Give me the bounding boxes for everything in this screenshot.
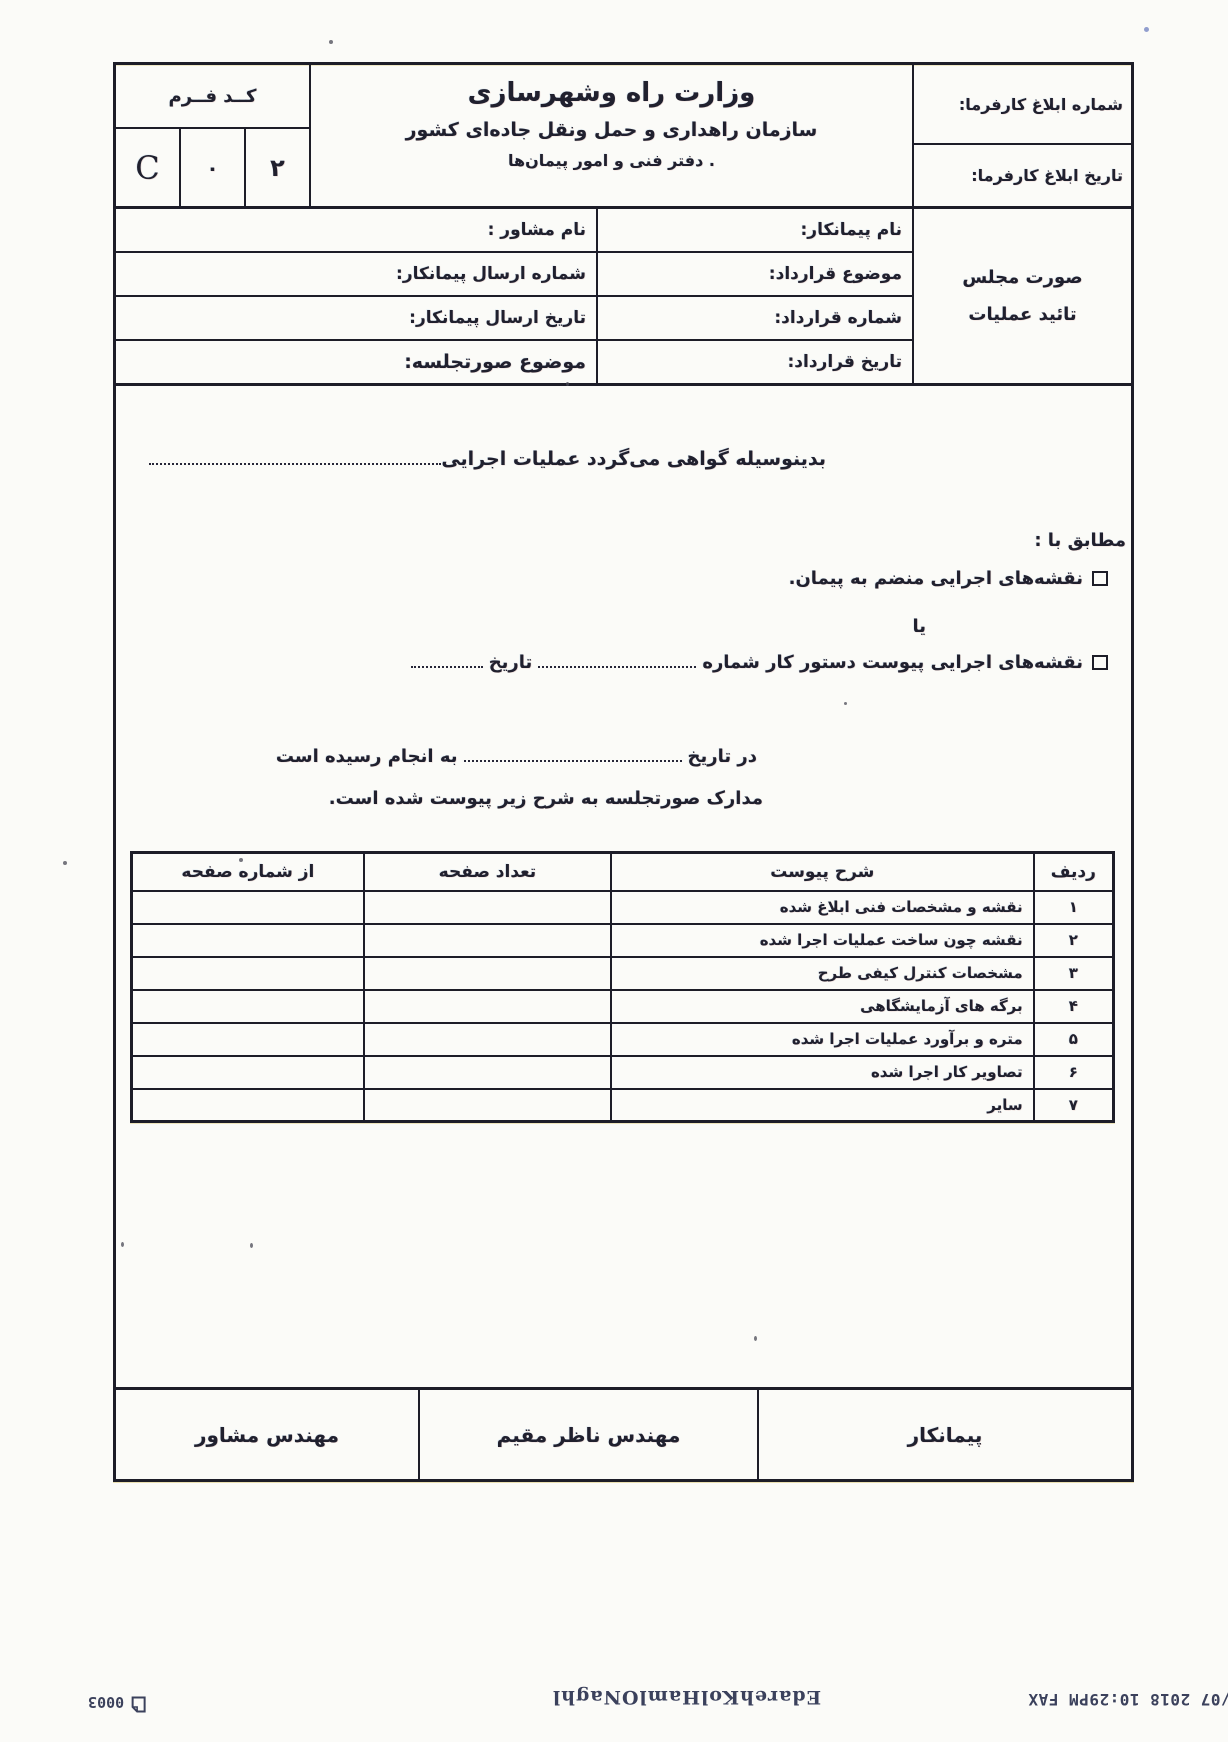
signature-section: پیمانکار مهندس ناظر مقیم مهندس مشاور: [116, 1387, 1131, 1479]
option1-line: نقشه‌های اجرایی منضم به پیمان.: [789, 568, 1108, 589]
table-row: ۷ سایر: [132, 1089, 1114, 1122]
office-title: . دفتر فنی و امور پیمان‌ها: [311, 151, 912, 170]
option1-checkbox: [1092, 571, 1108, 586]
employer-notice-box: شماره ابلاغ کارفرما: تاریخ ابلاغ کارفرما…: [912, 65, 1131, 206]
contractor-dispatch-number-label: شماره ارسال پیمانکار:: [396, 264, 596, 284]
employer-notice-date-cell: تاریخ ابلاغ کارفرما:: [914, 145, 1131, 206]
completion-date-prefix: در تاریخ: [688, 746, 757, 767]
table-row: ۲ نقشه چون ساخت عملیات اجرا شده: [132, 924, 1114, 957]
table-row: ۴ برگه های آزمایشگاهی: [132, 990, 1114, 1023]
form-code-box: کــد فــرم C ۰ ۲: [116, 65, 311, 206]
contractor-name-label: نام پیمانکار:: [801, 220, 913, 240]
option2-checkbox: [1092, 655, 1108, 670]
minutes-subject-field: موضوع صورتجلسه:: [116, 341, 596, 383]
contract-row-1: نام پیمانکار: نام مشاور :: [116, 209, 912, 253]
form-header: شماره ابلاغ کارفرما: تاریخ ابلاغ کارفرما…: [116, 65, 1131, 209]
scanned-fax-page: { "colors": { "ink": "#20202e", "border"…: [0, 0, 1228, 1742]
organization-title: سازمان راهداری و حمل ونقل جاده‌ای کشور: [311, 119, 912, 141]
option2-date-label: تاریخ: [489, 652, 533, 673]
certify-dotted-blank: [149, 463, 441, 465]
attachments-header-row: ردیف شرح پیوست تعداد صفحه از شماره صفحه: [132, 853, 1114, 891]
employer-notice-date-label: تاریخ ابلاغ کارفرما:: [971, 166, 1131, 185]
contract-number-label: شماره قرارداد:: [774, 308, 912, 328]
according-line: مطابق با :: [1034, 530, 1126, 551]
minutes-side-label-line1: صورت مجلس: [962, 267, 1082, 288]
form-border: شماره ابلاغ کارفرما: تاریخ ابلاغ کارفرما…: [113, 62, 1134, 1482]
attachments-intro-text: مدارک صورتجلسه به شرح زیر پیوست شده است.: [329, 788, 763, 809]
table-row: ۳ مشخصات کنترل کیفی طرح: [132, 957, 1114, 990]
scan-speck: [844, 702, 847, 705]
scan-speck: [1144, 27, 1149, 32]
contract-row-4: تاریخ قرارداد: موضوع صورتجلسه:: [116, 341, 912, 383]
employer-notice-number-cell: شماره ابلاغ کارفرما:: [914, 65, 1131, 145]
ministry-title: وزارت راه وشهرسازی: [311, 78, 912, 108]
scan-speck: [329, 40, 333, 44]
form-code-cell-3: ۲: [244, 129, 309, 206]
contract-date-label: تاریخ قرارداد:: [787, 352, 912, 372]
contract-fields: نام پیمانکار: نام مشاور : موضوع قرارداد:…: [116, 209, 912, 383]
attachments-table: ردیف شرح پیوست تعداد صفحه از شماره صفحه …: [130, 851, 1115, 1123]
contract-number-field: شماره قرارداد:: [596, 297, 912, 339]
contractor-name-field: نام پیمانکار:: [596, 209, 912, 251]
form-body: بدینوسیله گواهی می‌گردد عملیات اجرایی مط…: [116, 386, 1131, 1381]
completion-date-line: در تاریخ به انجام رسیده است: [276, 746, 757, 767]
scan-speck: [754, 1336, 757, 1341]
scan-speck: [121, 1242, 124, 1247]
contractor-dispatch-number-field: شماره ارسال پیمانکار:: [116, 253, 596, 295]
or-line: یا: [912, 616, 926, 637]
contract-subject-label: موضوع قرارداد:: [769, 264, 912, 284]
completion-date-suffix: به انجام رسیده است: [276, 746, 458, 767]
contractor-dispatch-date-field: تاریخ ارسال پیمانکار:: [116, 297, 596, 339]
table-row: ۵ متره و برآورد عملیات اجرا شده: [132, 1023, 1114, 1056]
employer-notice-number-label: شماره ابلاغ کارفرما:: [959, 95, 1131, 114]
scan-speck: [63, 861, 67, 865]
minutes-side-label-line2: تائید عملیات: [968, 304, 1076, 325]
contract-info-section: صورت مجلس تائید عملیات نام پیمانکار: نام…: [116, 209, 1131, 386]
completion-date-blank: [464, 760, 682, 762]
according-label: مطابق با :: [1034, 530, 1126, 551]
col-header-page-count: تعداد صفحه: [364, 853, 611, 891]
option2-label: نقشه‌های اجرایی پیوست دستور کار شماره: [702, 652, 1083, 673]
fax-timestamp: 0/07 2018 10:29PM FAX: [1028, 1690, 1228, 1709]
fax-page-counter: 0003: [88, 1692, 146, 1713]
option1-label: نقشه‌های اجرایی منضم به پیمان.: [789, 568, 1083, 589]
attachments-intro-line: مدارک صورتجلسه به شرح زیر پیوست شده است.: [329, 788, 763, 809]
contractor-signature-cell: پیمانکار: [757, 1390, 1131, 1479]
certify-line: بدینوسیله گواهی می‌گردد عملیات اجرایی: [149, 448, 826, 470]
col-header-description: شرح پیوست: [611, 853, 1034, 891]
option2-date-blank: [411, 666, 483, 668]
col-header-row-number: ردیف: [1034, 853, 1114, 891]
option2-number-blank: [538, 666, 696, 668]
option2-line: نقشه‌های اجرایی پیوست دستور کار شماره تا…: [411, 652, 1108, 673]
consultant-engineer-signature-cell: مهندس مشاور: [116, 1390, 418, 1479]
consultant-name-field: نام مشاور :: [116, 209, 596, 251]
page-icon: [131, 1692, 146, 1713]
form-code-cell-1: C: [116, 129, 179, 206]
contract-row-3: شماره قرارداد: تاریخ ارسال پیمانکار:: [116, 297, 912, 341]
fax-sender-id: EdarehKolHamlONaghl: [552, 1686, 821, 1708]
contractor-dispatch-date-label: تاریخ ارسال پیمانکار:: [409, 308, 596, 328]
table-row: ۶ تصاویر کار اجرا شده: [132, 1056, 1114, 1089]
form-code-cells: C ۰ ۲: [116, 129, 309, 206]
fax-page-number: 0003: [88, 1694, 124, 1712]
consultant-name-label: نام مشاور :: [488, 220, 596, 240]
minutes-subject-label: موضوع صورتجلسه:: [404, 351, 596, 373]
org-title-block: وزارت راه وشهرسازی سازمان راهداری و حمل …: [311, 65, 912, 206]
scan-speck: [566, 382, 569, 386]
certify-text: بدینوسیله گواهی می‌گردد عملیات اجرایی: [441, 448, 826, 470]
scan-speck: [250, 1243, 253, 1248]
contract-subject-field: موضوع قرارداد:: [596, 253, 912, 295]
contract-date-field: تاریخ قرارداد:: [596, 341, 912, 383]
col-header-from-page: از شماره صفحه: [132, 853, 364, 891]
form-code-label: کــد فــرم: [116, 65, 309, 129]
table-row: ۱ نقشه و مشخصات فنی ابلاغ شده: [132, 891, 1114, 924]
resident-supervisor-signature-cell: مهندس ناظر مقیم: [418, 1390, 757, 1479]
minutes-side-label: صورت مجلس تائید عملیات: [912, 209, 1131, 383]
scan-speck: [239, 858, 243, 862]
contract-row-2: موضوع قرارداد: شماره ارسال پیمانکار:: [116, 253, 912, 297]
or-label: یا: [912, 616, 926, 637]
form-code-cell-2: ۰: [179, 129, 244, 206]
